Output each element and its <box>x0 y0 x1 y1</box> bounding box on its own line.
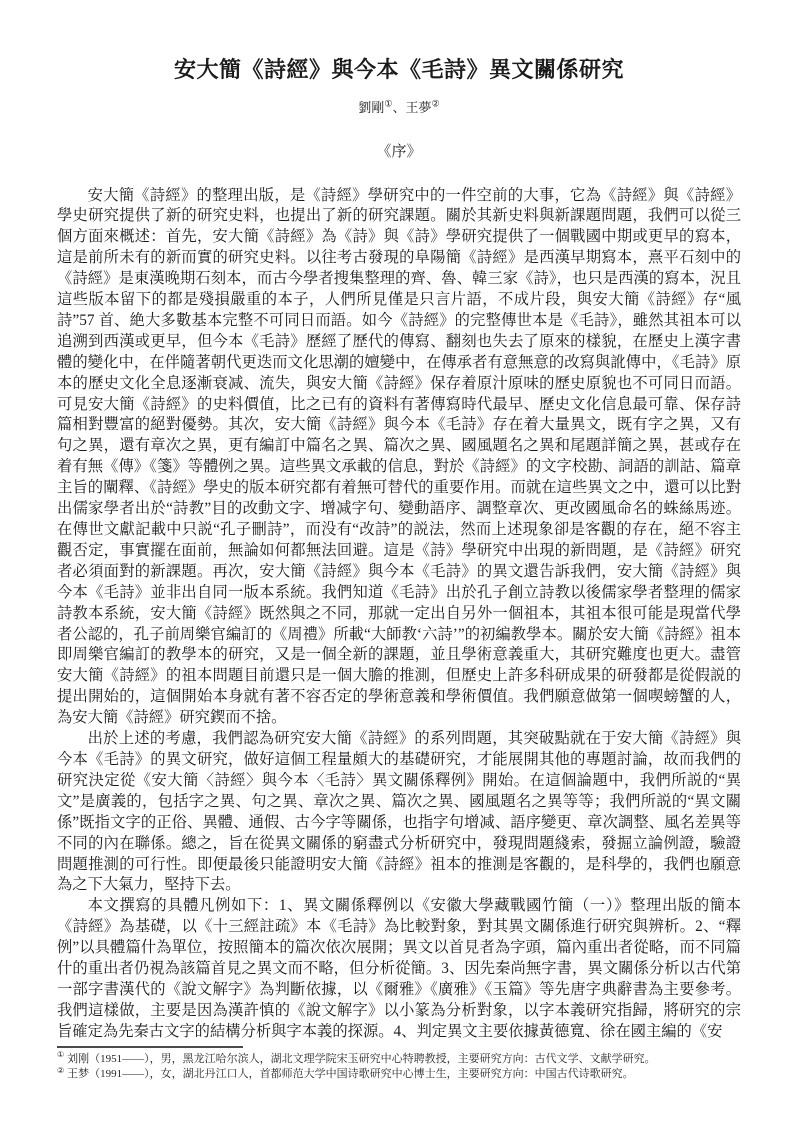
author-1-name: 劉剛 <box>358 100 384 115</box>
footnote-2-text: 王梦（1991——），女，湖北丹江口人，首都师范大学中国诗歌研究中心博士生，主要… <box>67 1068 634 1080</box>
footnote-1-text: 刘刚（1951——），男，黑龙江哈尔滨人，湖北文理学院宋玉研究中心特聘教授，主要… <box>67 1053 656 1065</box>
author-2-name: 王夢 <box>406 100 432 115</box>
body-paragraph-2: 出於上述的考慮，我們認為研究安大簡《詩經》的系列問題，其突破點就在于安大簡《詩經… <box>57 729 741 896</box>
paper-title: 安大簡《詩經》與今本《毛詩》異文關係研究 <box>57 56 741 84</box>
footnote-2-marker: ② <box>57 1066 64 1075</box>
footnote-1-marker: ① <box>57 1050 64 1059</box>
footnote-separator <box>57 1046 243 1048</box>
section-heading: 《序》 <box>57 140 741 161</box>
footnote-1: ①刘刚（1951——），男，黑龙江哈尔滨人，湖北文理学院宋玉研究中心特聘教授，主… <box>57 1052 741 1068</box>
body-paragraph-1: 安大簡《詩經》的整理出版，是《詩經》學研究中的一件空前的大事，它為《詩經》與《詩… <box>57 186 741 730</box>
body-paragraph-3: 本文撰寫的具體凡例如下：1、異文關係釋例以《安徽大學藏戰國竹簡（一）》整理出版的… <box>57 896 741 1042</box>
author-2-footnote-marker: ② <box>432 98 440 108</box>
authors-line: 劉剛①、王夢② <box>57 97 741 116</box>
footnote-area: ①刘刚（1951——），男，黑龙江哈尔滨人，湖北文理学院宋玉研究中心特聘教授，主… <box>57 1046 741 1083</box>
document-page: 安大簡《詩經》與今本《毛詩》異文關係研究 劉剛①、王夢② 《序》 安大簡《詩經》… <box>0 0 800 1131</box>
body-text: 安大簡《詩經》的整理出版，是《詩經》學研究中的一件空前的大事，它為《詩經》與《詩… <box>57 186 741 1043</box>
author-separator: 、 <box>392 100 405 115</box>
footnote-2: ②王梦（1991——），女，湖北丹江口人，首都师范大学中国诗歌研究中心博士生，主… <box>57 1067 741 1083</box>
